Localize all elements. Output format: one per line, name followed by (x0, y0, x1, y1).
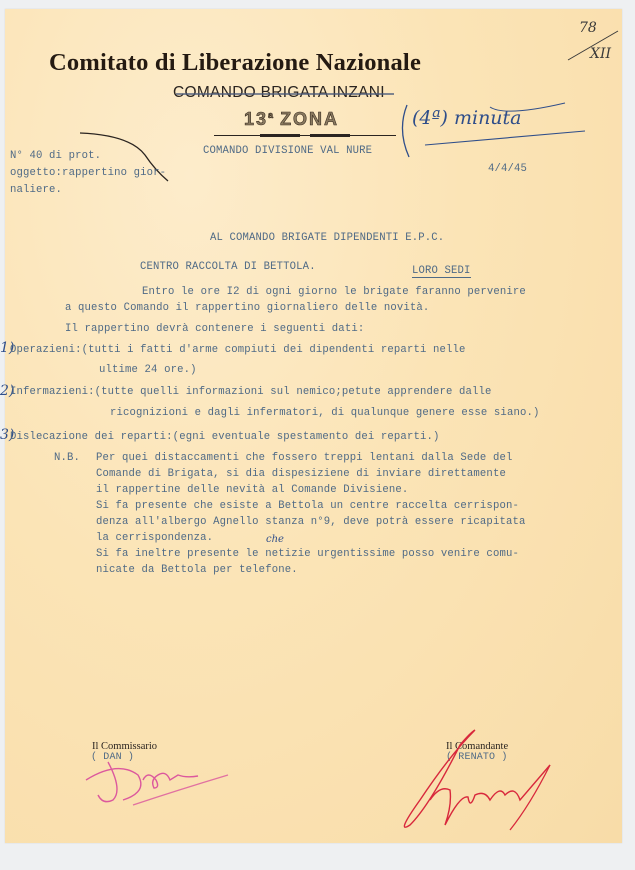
zona-label: ZONA (280, 109, 339, 129)
protocol-number: N° 40 di prot. (10, 150, 101, 162)
letterhead-rule-accent-right (310, 134, 350, 137)
body-para1-line1: Entro le ore I2 di ogni giorno le brigat… (142, 286, 526, 298)
nb-line-6: la cerrispondenza. (96, 532, 213, 544)
nb-label: N.B. (54, 452, 80, 464)
item2-line2: ricognizioni e dagli infermatori, di qua… (110, 407, 539, 419)
item1-line2: ultime 24 ore.) (99, 364, 197, 376)
document-date: 4/4/45 (488, 163, 527, 175)
typed-strikethrough (176, 93, 394, 95)
letterhead-rule (214, 135, 396, 136)
right-handwritten-signature (390, 725, 570, 840)
recipient-line-1: AL COMANDO BRIGATE DIPENDENTI E.P.C. (210, 232, 444, 244)
body-para1-line2: a questo Comando il rappertino giornalie… (65, 302, 429, 314)
nb-line-8: nicate da Bettola per telefone. (96, 564, 298, 576)
nb-line-4: Si fa presente che esiste a Bettola un c… (96, 500, 519, 512)
nb-line-5: denza all'albergo Agnello stanza n°9, de… (96, 516, 525, 528)
recipient-line-2: CENTRO RACCOLTA DI BETTOLA. (140, 261, 316, 273)
left-handwritten-signature (78, 750, 238, 810)
item3-line1: Dislecazione dei reparti:(egni eventuale… (10, 431, 439, 443)
body-para2: Il rappertino devrà contenere i seguenti… (65, 323, 364, 335)
handwritten-minuta-mark (395, 95, 585, 165)
letterhead-title: Comitato di Liberazione Nazionale (49, 49, 421, 77)
nb-line-7: Si fa ineltre presente le netizie urgent… (96, 548, 519, 560)
letterhead-rule-accent-left (260, 134, 300, 137)
nb-line-3: il rappertine delle nevità al Comande Di… (96, 484, 408, 496)
inserted-word: che (266, 534, 284, 545)
recipient-line-3: LORO SEDI (412, 265, 471, 278)
subject-line-1: oggetto:rappertino gior- (10, 167, 166, 179)
division-line: COMANDO DIVISIONE VAL NURE (203, 145, 372, 157)
subject-line-2: naliere. (10, 184, 62, 196)
nb-line-1: Per quei distaccamenti che fossero trepp… (96, 452, 512, 464)
item2-line1: Infermazieni:(tutte quelli informazioni … (10, 386, 492, 398)
handwritten-annotation: (4ª) minuta (412, 107, 522, 129)
zona-sup: a (268, 110, 273, 120)
zona-number: 13 (244, 109, 268, 129)
archive-mark-bottom: XII (590, 46, 611, 62)
item1-line1: Operazieni:(tutti i fatti d'arme compiut… (10, 344, 466, 356)
letterhead-zona: 13a ZONA (244, 109, 339, 130)
nb-line-2: Comande di Brigata, si dia dispesiziene … (96, 468, 506, 480)
